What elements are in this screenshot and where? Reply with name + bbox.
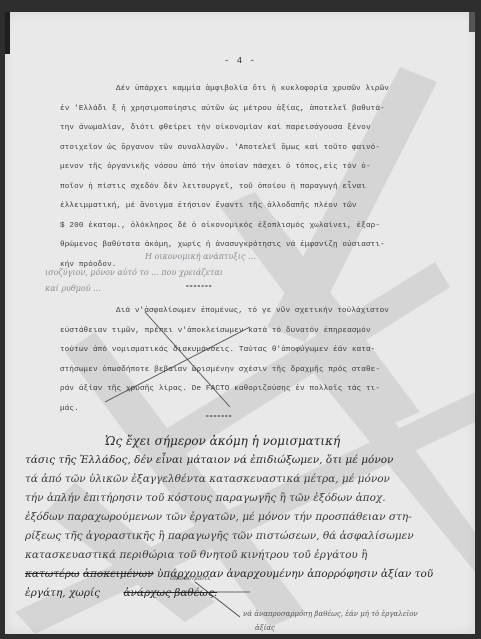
text-line: στοιχεῖον ὡς ὄργανον τῶν συναλλαγῶν. 'Απ… [60, 139, 460, 159]
text-line: ράν ἀξίαν τῆς χρυσῆς λίρας. De FACTO καθ… [60, 380, 460, 400]
text-line: $ 200 ἑκατομ., ὁλόκληρος δέ ὁ οἰκονομικό… [60, 217, 460, 237]
text-line: εὐστάθειαν τιμῶν, πρέπει ν'ἀποκλείσωμεν … [60, 322, 460, 342]
text-line: μάς. [60, 400, 460, 420]
handwritten-line: Ὡς ἔχει σήμερον ἀκόμη ἡ νομισματική [65, 432, 465, 451]
handwritten-line: τά ἀπό τῶν ὑλικῶν ἐξαγγελθέντα κατασκευα… [25, 470, 465, 489]
handwritten-insert-line: καί ρυθμού ... [45, 284, 101, 293]
scan-edge-left [5, 12, 10, 54]
handwritten-insert-line: ισοζύγιον, μόνον αὐτό το ... που χρειάζε… [45, 268, 223, 277]
struck-word: ἀποκειμένων [83, 568, 154, 580]
text-line: τούτων ἀπό νομισματικάς διακυμάνσεις. Τα… [60, 341, 460, 361]
handwritten-line: κατασκευαστικά περιθώρια τοῦ θνητοῦ κινή… [25, 546, 465, 565]
typed-paragraph-2: Διά ν'ἀσφαλίσωμεν ἐπομένως, τό γε νῦν σχ… [60, 302, 460, 419]
text-line: Δέν ὑπάρχει καμμία ἀμφιβολία ὅτι ἡ κυκλο… [60, 80, 460, 100]
text-line: την ἀνωμαλίαν, διότι φθείρει τήν οἰκονομ… [60, 119, 460, 139]
margin-note-line: ἀξίας [255, 624, 275, 632]
section-separator: ------- [205, 412, 232, 421]
text-line: ἐλλειμματική, μέ ἄνοιγμα ἐτήσιον ἔναντι … [60, 197, 460, 217]
section-separator: ------- [185, 282, 212, 291]
handwritten-line: ἐργάτη, χωρίς ἀνάρχως βαθέως. [25, 584, 465, 603]
text-line: στήσωμεν ὁπωσδήποτε βεβαίαν ὡρισμένην σχ… [60, 361, 460, 381]
handwritten-insert-line: Η οικονομική ανάπτυξις ... [145, 252, 256, 261]
struck-word: κατωτέρω [25, 568, 80, 580]
text-line: θρώμενος βαθύτατα ἀκόμη, χωρίς ἡ ἀνασυγκ… [60, 236, 460, 256]
handwritten-line: τήν ἀπλήν ἐπιτήρησιν τοῦ κόστους παραγωγ… [25, 489, 465, 508]
handwritten-line: κατωτέρω ἀποκειμένων ὑπάρχουσαν ἀναρχουμ… [25, 565, 465, 584]
handwritten-line: ρίξεως τῆς ἀγοραστικῆς ἢ παραγωγῆς τῶν π… [25, 527, 465, 546]
document-page: - 4 - Δέν ὑπάρχει καμμία ἀμφιβολία ὅτι ἡ… [5, 12, 475, 634]
interlinear-note: ὁπωσδήποτε [170, 574, 211, 582]
text-line: Διά ν'ἀσφαλίσωμεν ἐπομένως, τό γε νῦν σχ… [60, 302, 460, 322]
scan-edge-right [469, 12, 475, 32]
page-number: - 4 - [5, 56, 475, 66]
handwritten-line: τάσις τῆς Ἑλλάδος, δέν εἶναι μάταιον νά … [25, 451, 465, 470]
struck-word: ἀνάρχως βαθέως. [123, 587, 217, 599]
handwritten-line: ἐξόδων παραχωρούμενων τῶν ἐργατῶν, μέ μό… [25, 508, 465, 527]
handwritten-paragraph: Ὡς ἔχει σήμερον ἀκόμη ἡ νομισματική τάσι… [65, 432, 465, 603]
margin-note-line: νά ἀναπροσαρμόσῃ βαθέως, ἐάν μή τὸ ἐργαλ… [243, 610, 418, 618]
typed-paragraph-1: Δέν ὑπάρχει καμμία ἀμφιβολία ὅτι ἡ κυκλο… [60, 80, 460, 275]
text-line: ἐν 'Ελλάδι ξ ἡ χρησιμοποίησις αὐτῶν ὡς μ… [60, 100, 460, 120]
text-line: ποῖον ἡ πίστις σχεδόν δέν λειτουργεῖ, το… [60, 178, 460, 198]
text-line: μενον τῆς ὀργανικῆς νόσου ἀπό τήν ὁποίαν… [60, 158, 460, 178]
handwritten-text: ἐργάτη, χωρίς [25, 587, 100, 599]
